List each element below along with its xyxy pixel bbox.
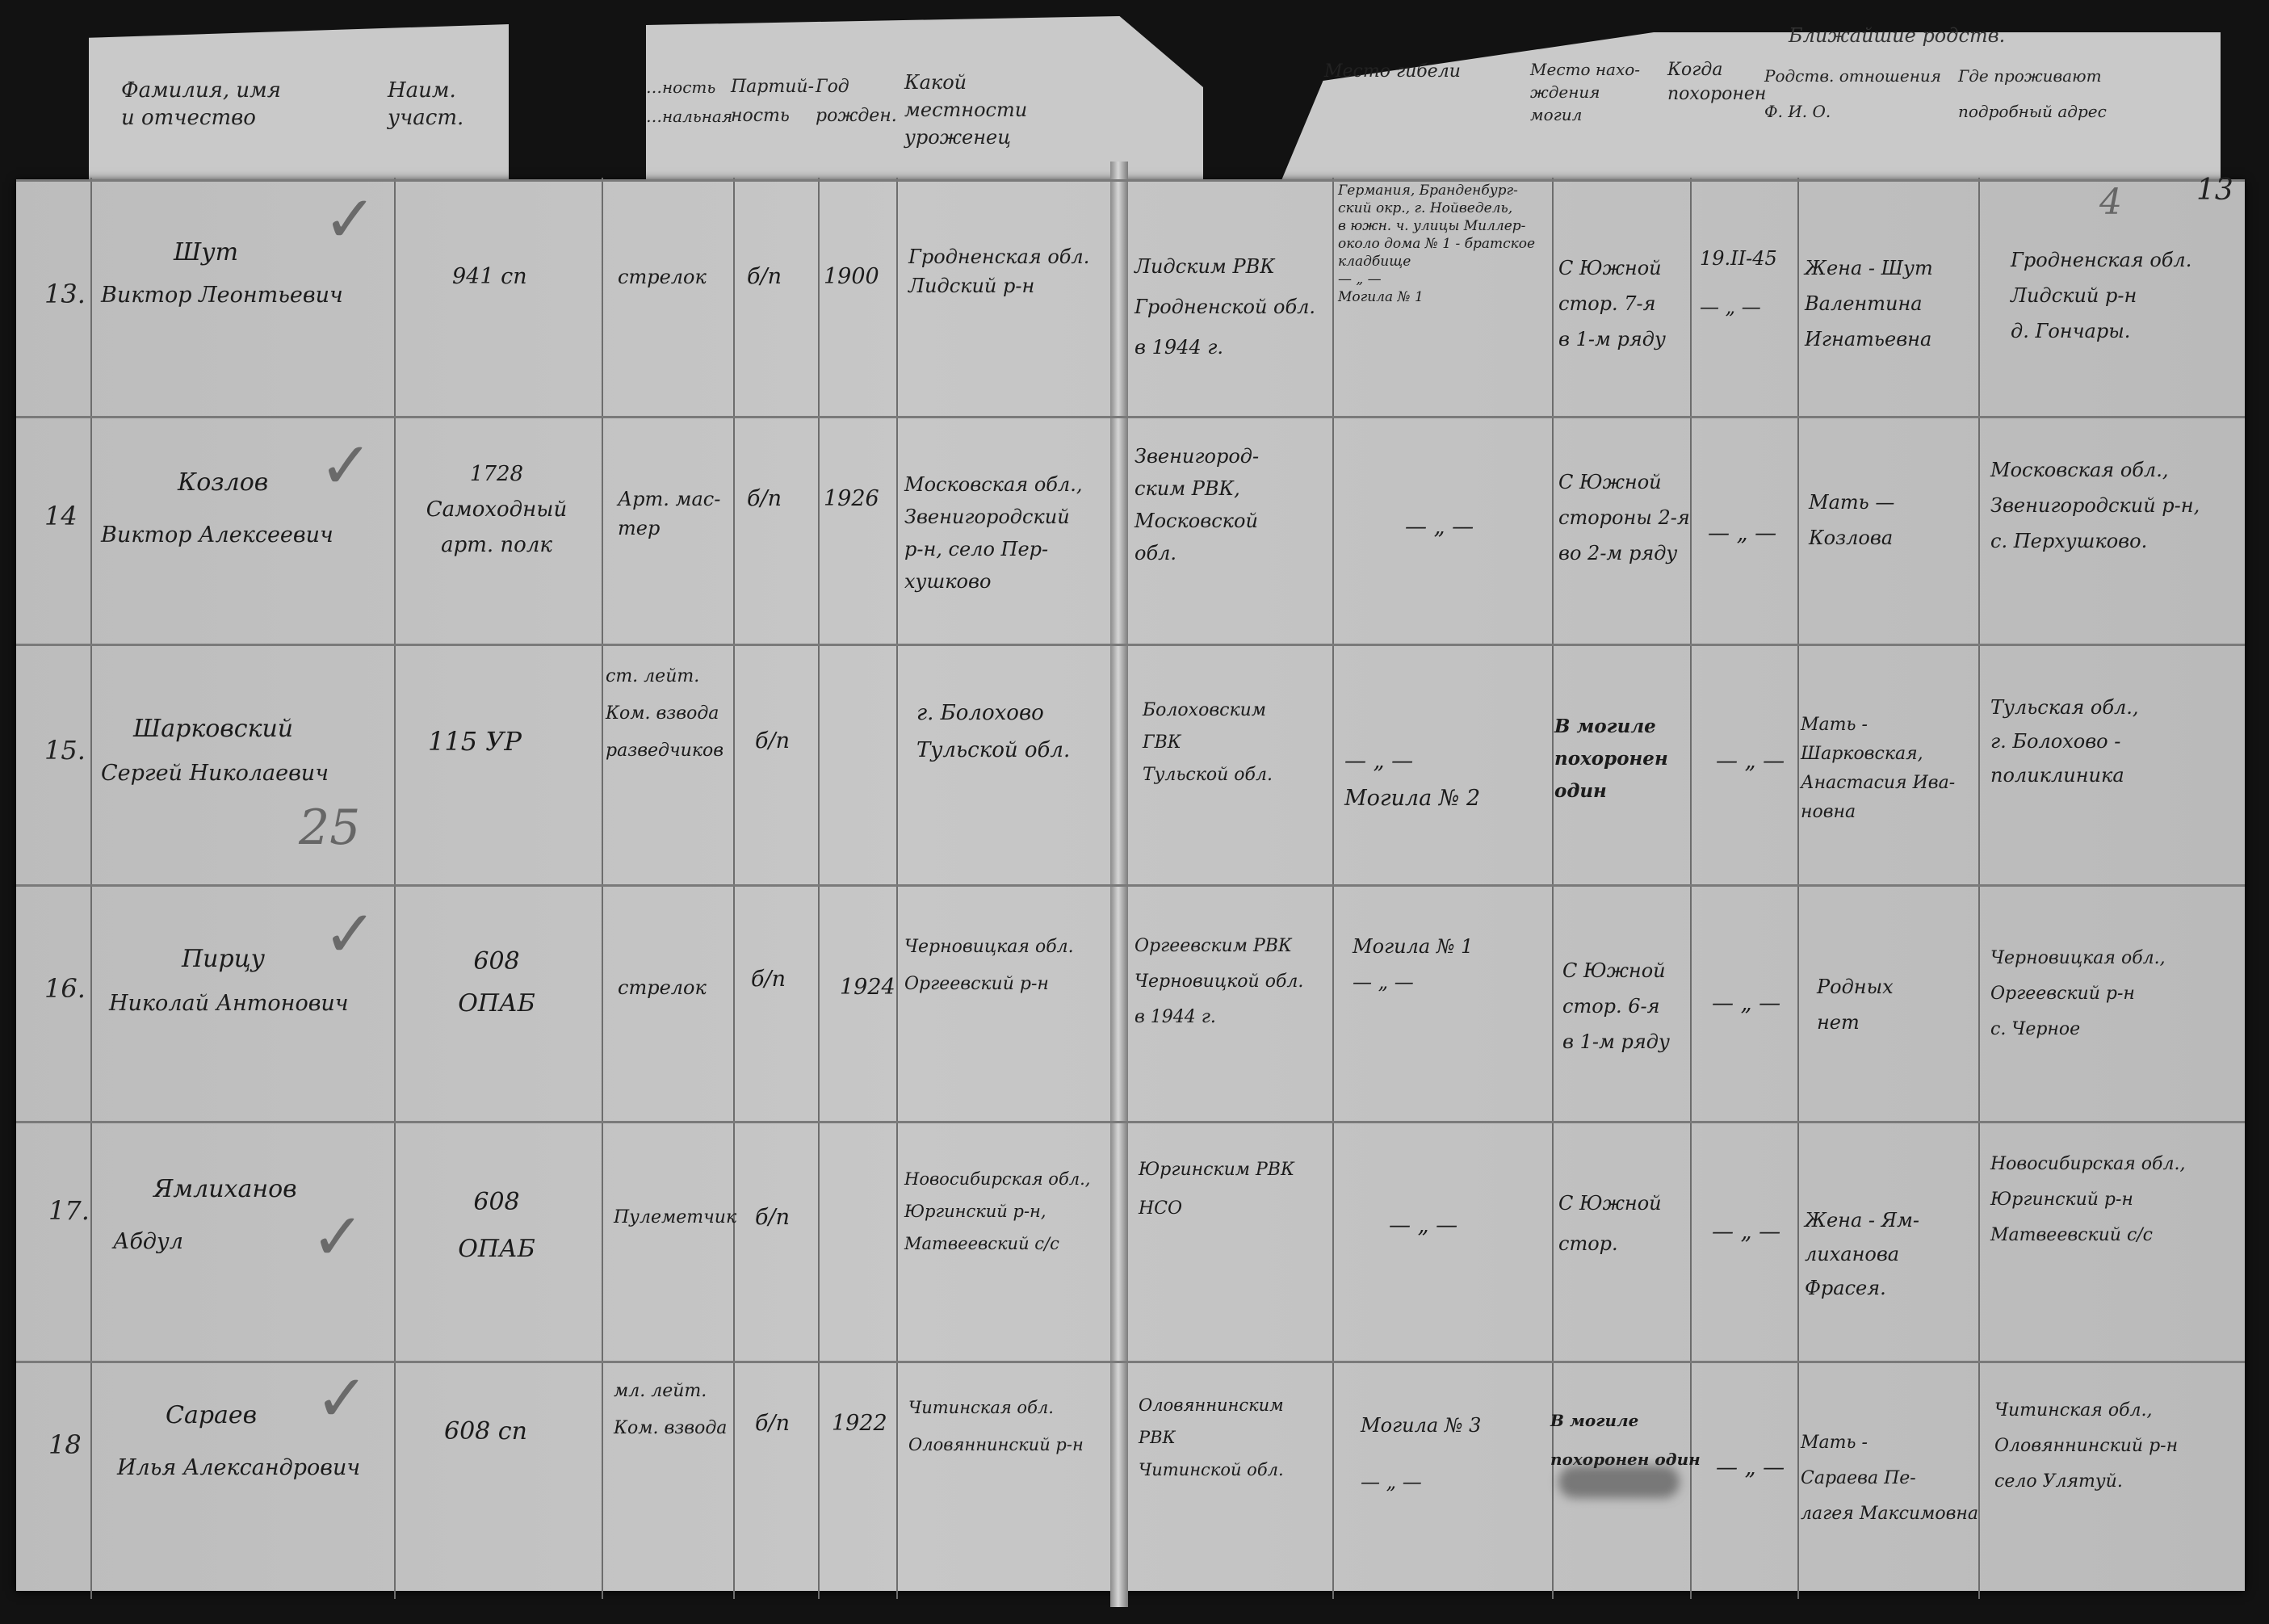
burial-position: С Южной стор. 6-я в 1-м ряду [1562,953,1670,1060]
burial-date: — „ — [1716,1454,1785,1483]
rank: стрелок [618,262,707,292]
party: б/п [747,485,782,514]
unit: 608 ОПАБ [396,941,598,1025]
death-place: Юргинским РВК НСО [1139,1151,1294,1228]
col-header-name: Фамилия, имя и отчество [121,77,281,132]
row-number: 14 [44,501,78,531]
col-header-birth-year: Год рожден. [816,73,897,131]
pencil-note: 25 [299,799,360,856]
rank: мл. лейт. Ком. взвода [614,1373,727,1447]
ink-smudge [1558,1466,1680,1498]
relative: Жена - Шут Валентина Игнатьевна [1805,250,1933,357]
birth-year: 1926 [824,485,879,514]
unit: 608 сп [444,1417,527,1446]
col-header-grave-location: Место нахо- ждения могил [1530,58,1640,126]
row-number: 15. [44,735,86,766]
rank: Пулеметчик [614,1203,736,1232]
given-names: Николай Антонович [109,989,349,1018]
given-names: Виктор Леонтьевич [101,281,343,310]
col-group-nearest-relatives: Ближайшие родств. [1789,24,2005,47]
relative: Жена - Ям- лиханова Фрасея. [1805,1203,1919,1305]
given-names: Абдул [113,1227,183,1257]
birthplace: Новосибирская обл., Юргинский р-н, Матве… [904,1163,1090,1260]
relative-address: Тульская обл., г. Болохово - поликлиника [1990,690,2139,792]
birthplace: Московская обл., Звенигородский р-н, сел… [904,468,1082,598]
relative-address: Московская обл., Звенигородский р-н, с. … [1990,452,2200,559]
grave-location: Могила № 3 — „ — [1361,1397,1481,1510]
birthplace: Гродненская обл. Лидский р-н [908,242,1089,300]
surname: Сараев [166,1401,257,1430]
col-header-party: Партий- ность [731,73,814,131]
surname: Ямлиханов [153,1175,297,1204]
death-place: Оловяннинским РВК Читинской обл. [1139,1389,1284,1486]
surname: Шут [174,238,238,267]
col-header-relative-address: Где проживают подробный адрес [1958,58,2107,129]
surname: Пирцу [182,945,265,974]
relative: Мать — Козлова [1809,485,1894,556]
given-names: Виктор Алексеевич [101,521,333,550]
relative-address: Новосибирская обл., Юргинский р-н Матвее… [1990,1147,2185,1253]
unit: 1728 Самоходный арт. полк [396,456,598,563]
surname: Шарковский [133,715,293,744]
relative-address: Гродненская обл. Лидский р-н д. Гончары. [2011,242,2191,349]
burial-position: С Южной стор. [1558,1183,1662,1264]
party: б/п [755,1409,790,1438]
grave-location: Могила № 1 — „ — [1353,929,1473,1000]
col-header-death-place: Место гибели [1324,58,1461,86]
burial-position: С Южной стор. 7-я в 1-м ряду [1558,250,1666,357]
burial-date: — „ — [1708,519,1776,548]
col-header-rank: …ность …нальная [646,73,732,131]
checkmark-icon: ✓ [311,1199,365,1274]
relative: Мать - Сараева Пе- лагея Максимовна [1801,1425,1978,1532]
given-names: Сергей Николаевич [101,759,329,788]
ink-page-number: 13 [2196,174,2233,207]
rank: ст. лейт. Ком. взвода разведчиков [606,658,723,770]
col-header-birthplace: Какой местности уроженец [904,69,1027,151]
unit: 941 сп [452,262,527,292]
birth-year: 1922 [832,1409,887,1438]
birth-year: 1900 [824,262,879,292]
death-place: Звенигород- ским РВК, Московской обл. [1134,440,1259,569]
burial-date: — „ — [1712,1218,1780,1247]
pencil-page-number: 4 [2099,182,2122,223]
grave-location: — „ — [1405,513,1474,542]
grave-location: — „ — Могила № 2 [1344,743,1480,817]
party: б/п [747,262,782,292]
rank: стрелок [618,973,707,1002]
burial-date: 19.II-45 — „ — [1700,234,1777,331]
given-names: Илья Александрович [117,1454,360,1483]
col-header-burial-date: Когда похоронен [1667,58,1766,107]
checkmark-icon: ✓ [319,428,373,503]
birth-year: 1924 [840,973,895,1002]
party: б/п [751,965,786,994]
unit: 608 ОПАБ [396,1179,598,1273]
relative-address: Читинская обл., Оловяннинский р-н село У… [1994,1393,2178,1500]
rank: Арт. мас- тер [618,485,720,543]
row-number: 18 [48,1429,82,1460]
burial-date: — „ — [1712,989,1780,1018]
row-number: 16. [44,973,86,1004]
death-place: Лидским РВК Гродненской обл. в 1944 г. [1134,246,1315,367]
birthplace: Черновицкая обл. Оргеевский р-н [904,929,1074,1003]
party: б/п [755,1203,790,1232]
grave-location: Германия, Бранденбург- ский окр., г. Ной… [1338,182,1535,306]
col-header-unit: Наим. участ. [388,77,463,132]
relative: Мать - Шарковская, Анастасия Ива- новна [1801,711,1955,827]
birthplace: Читинская обл. Оловяннинский р-н [908,1389,1084,1463]
col-header-relative: Родств. отношения Ф. И. О. [1764,58,1941,129]
checkmark-icon: ✓ [323,896,377,971]
party: б/п [755,727,790,756]
row-number: 17. [48,1195,90,1226]
surname: Козлов [178,468,268,497]
burial-position: В могиле похоронен один [1554,711,1668,808]
death-place: Оргеевским РВК Черновицкой обл. в 1944 г… [1134,929,1303,1035]
grave-location: — „ — [1389,1211,1457,1240]
checkmark-icon: ✓ [315,1361,369,1436]
death-place: Болоховским ГВК Тульской обл. [1143,695,1273,791]
relative-address: Черновицкая обл., Оргеевский р-н с. Черн… [1990,941,2166,1047]
birthplace: г. Болохово Тульской обл. [916,695,1070,769]
row-number: 13. [44,279,86,309]
unit: 115 УР [428,727,522,756]
checkmark-icon: ✓ [323,182,377,257]
burial-position: С Южной стороны 2-я во 2-м ряду [1558,464,1690,571]
burial-date: — „ — [1716,747,1785,776]
relative: Родных нет [1817,969,1894,1040]
